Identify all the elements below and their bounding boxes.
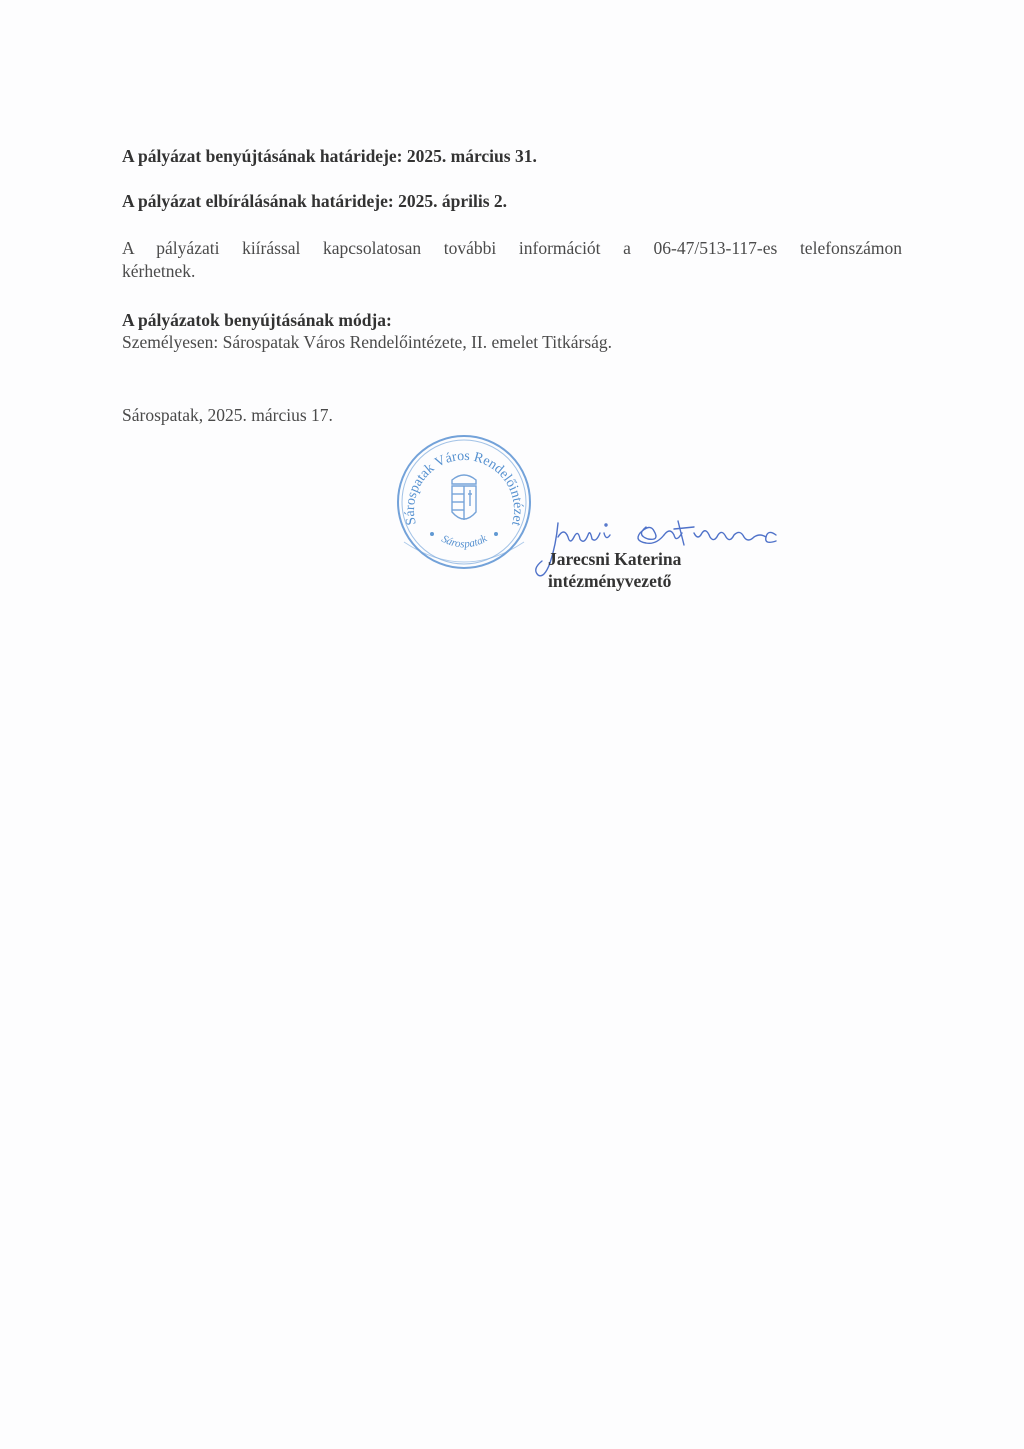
svg-text:Sárospatak: Sárospatak	[439, 532, 490, 550]
signatory: Jarecsni Katerina intézményvezető	[548, 548, 681, 592]
submission-method-heading: A pályázatok benyújtásának módja:	[122, 310, 392, 331]
submission-method-text: Személyesen: Sárospatak Város Rendelőint…	[122, 332, 612, 353]
evaluation-deadline: A pályázat elbírálásának határideje: 202…	[122, 191, 507, 212]
stamp-bottom-text: Sárospatak	[439, 532, 490, 550]
info-text-line2: kérhetnek.	[122, 261, 195, 282]
info-text-line1: A pályázati kiírással kapcsolatosan tová…	[122, 238, 902, 259]
coat-of-arms-icon	[452, 475, 476, 520]
signatory-title: intézményvezető	[548, 570, 681, 592]
stamp-ring-text: Sárospatak Város Rendelőintézete	[394, 432, 525, 528]
place-and-date: Sárospatak, 2025. március 17.	[122, 405, 333, 426]
submission-deadline: A pályázat benyújtásának határideje: 202…	[122, 146, 537, 167]
signatory-name: Jarecsni Katerina	[548, 548, 681, 570]
official-stamp-icon: Sárospatak Város Rendelőintézete Sárospa…	[394, 432, 534, 572]
svg-text:Sárospatak Város Rendelőintéze: Sárospatak Város Rendelőintézete	[394, 432, 525, 528]
document-page: A pályázat benyújtásának határideje: 202…	[0, 0, 1024, 1449]
